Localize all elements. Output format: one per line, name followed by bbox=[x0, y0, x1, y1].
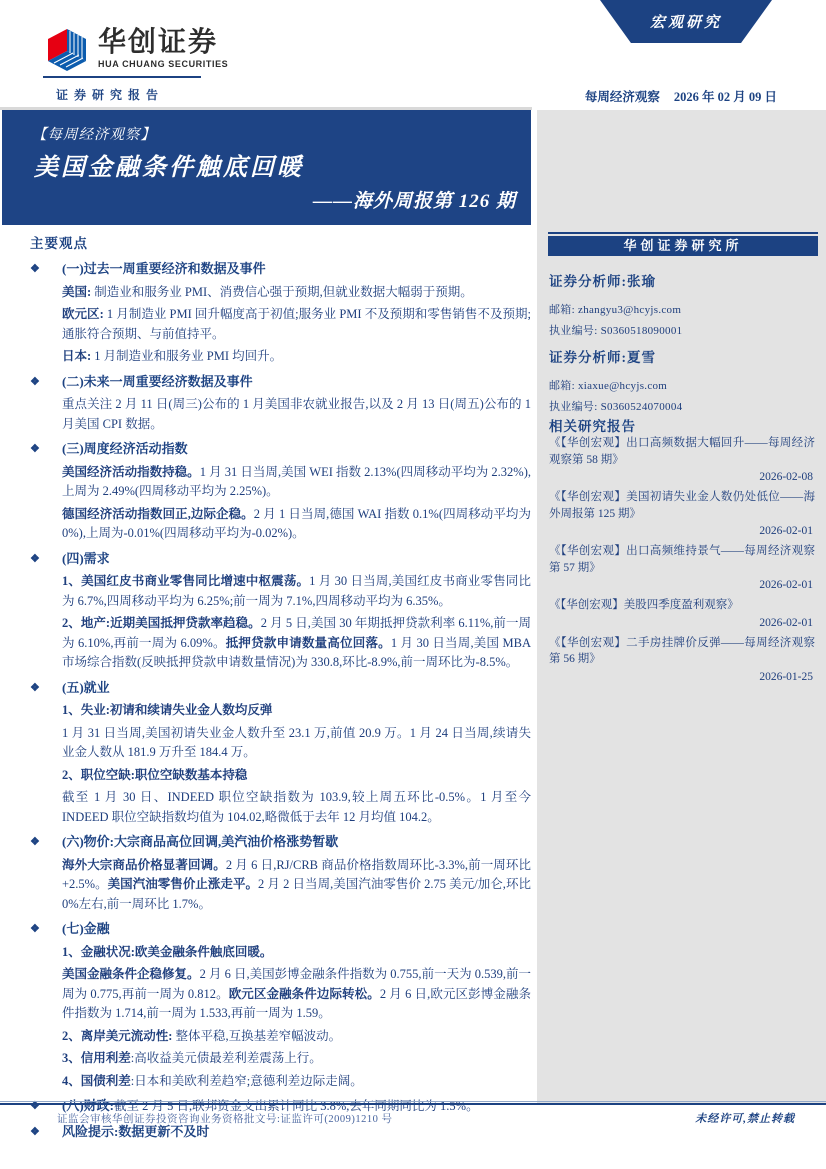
bold-run: (四)需求 bbox=[62, 551, 110, 566]
section-paragraph: 美国: 制造业和服务业 PMI、消费信心强于预期,但就业数据大幅弱于预期。 bbox=[62, 283, 531, 303]
bold-run: 2、地产:近期美国抵押贷款率趋稳。 bbox=[62, 616, 261, 630]
text-run: :高收益美元债最差利差震荡上行。 bbox=[131, 1051, 322, 1065]
bold-run: 美国汽油零售价止涨走平。 bbox=[108, 877, 258, 891]
text-run: 1 月 31 日当周,美国初请失业金人数升至 23.1 万,前值 20.9 万。… bbox=[62, 726, 531, 760]
title-series: 【每周经济观察】 bbox=[32, 123, 156, 144]
section-text: 美国: 制造业和服务业 PMI、消费信心强于预期,但就业数据大幅弱于预期。 bbox=[62, 285, 473, 299]
report-date: 2026-02-01 bbox=[549, 525, 813, 537]
diamond-bullet-icon: ❖ bbox=[30, 372, 62, 393]
sidebar: 华创证券研究所 证券分析师:张瑜邮箱: zhangyu3@hcyjs.com执业… bbox=[537, 110, 826, 1103]
section-paragraph: 1、美国红皮书商业零售同比增速中枢震荡。1 月 30 日当周,美国红皮书商业零售… bbox=[62, 572, 531, 611]
bold-run: (五)就业 bbox=[62, 680, 110, 695]
bold-run: 美国: bbox=[62, 285, 91, 299]
section-text: (五)就业 bbox=[62, 678, 531, 699]
main-sections: ❖(一)过去一周重要经济和数据及事件美国: 制造业和服务业 PMI、消费信心强于… bbox=[30, 259, 531, 1142]
institute-title: 华创证券研究所 bbox=[548, 236, 818, 256]
section-text: (一)过去一周重要经济和数据及事件 bbox=[62, 259, 531, 280]
section-text: 截至 1 月 30 日、INDEED 职位空缺指数为 103.9,较上周五环比-… bbox=[62, 790, 531, 824]
report-title: 《【华创宏观】出口高频维持景气——每周经济观察第 57 期》 bbox=[549, 543, 815, 576]
section-paragraph: 1 月 31 日当周,美国初请失业金人数升至 23.1 万,前值 20.9 万。… bbox=[62, 724, 531, 763]
section-text: 德国经济活动指数回正,边际企稳。2 月 1 日当周,德国 WAI 指数 0.1%… bbox=[62, 507, 531, 541]
section-paragraph: 2、地产:近期美国抵押贷款率趋稳。2 月 5 日,美国 30 年期抵押贷款利率 … bbox=[62, 614, 531, 673]
section-paragraph: 截至 1 月 30 日、INDEED 职位空缺指数为 103.9,较上周五环比-… bbox=[62, 788, 531, 827]
section-heading: ❖(七)金融 bbox=[30, 919, 531, 940]
bold-run: (二)未来一周重要经济数据及事件 bbox=[62, 374, 253, 389]
section-text: 日本: 1 月制造业和服务业 PMI 均回升。 bbox=[62, 349, 282, 363]
section-text: 2、离岸美元流动性: 整体平稳,互换基差窄幅波动。 bbox=[62, 1029, 341, 1043]
bold-run: 抵押贷款申请数量高位回落。 bbox=[226, 636, 391, 650]
text-run: 截至 1 月 30 日、INDEED 职位空缺指数为 103.9,较上周五环比-… bbox=[62, 790, 531, 824]
section-heading: ❖(四)需求 bbox=[30, 549, 531, 570]
bold-run: (六)物价:大宗商品高位回调,美汽油价格涨势暂歇 bbox=[62, 834, 338, 849]
section-text: 1、失业:初请和续请失业金人数均反弹 bbox=[62, 703, 272, 717]
section-text: 1 月 31 日当周,美国初请失业金人数升至 23.1 万,前值 20.9 万。… bbox=[62, 726, 531, 760]
related-reports-list: 《【华创宏观】出口高频数据大幅回升——每周经济观察第 58 期》2026-02-… bbox=[549, 435, 815, 689]
report-date: 2026-02-01 bbox=[549, 579, 813, 591]
report-title: 《【华创宏观】美股四季度盈利观察》 bbox=[549, 597, 815, 614]
section-paragraph: 重点关注 2 月 11 日(周三)公布的 1 月美国非农就业报告,以及 2 月 … bbox=[62, 395, 531, 434]
huachuang-logo-icon bbox=[44, 27, 90, 77]
main-content: 主要观点 ❖(一)过去一周重要经济和数据及事件美国: 制造业和服务业 PMI、消… bbox=[30, 232, 531, 1142]
bold-run: (一)过去一周重要经济和数据及事件 bbox=[62, 261, 266, 276]
brand-logo: 华创证券 HUA CHUANG SECURITIES bbox=[44, 27, 228, 77]
brand-name-cn: 华创证券 bbox=[98, 27, 228, 57]
bold-run: 欧元区: bbox=[62, 307, 104, 321]
report-item: 《【华创宏观】二手房挂牌价反弹——每周经济观察第 56 期》2026-01-25 bbox=[549, 635, 815, 683]
section-text: 美国金融条件企稳修复。2 月 6 日,美国彭博金融条件指数为 0.755,前一天… bbox=[62, 967, 531, 1020]
bold-run: 德国经济活动指数回正,边际企稳。 bbox=[62, 507, 254, 521]
report-date: 2026-02-01 bbox=[549, 617, 813, 629]
analysts: 证券分析师:张瑜邮箱: zhangyu3@hcyjs.com执业编号: S036… bbox=[549, 270, 817, 419]
section-text: (二)未来一周重要经济数据及事件 bbox=[62, 372, 531, 393]
analyst-name: 证券分析师:夏雪 bbox=[549, 346, 817, 366]
section-text: 3、信用利差:高收益美元债最差利差震荡上行。 bbox=[62, 1051, 322, 1065]
report-item: 《【华创宏观】出口高频数据大幅回升——每周经济观察第 58 期》2026-02-… bbox=[549, 435, 815, 483]
section-paragraph: 德国经济活动指数回正,边际企稳。2 月 1 日当周,德国 WAI 指数 0.1%… bbox=[62, 505, 531, 544]
section-heading: ❖(六)物价:大宗商品高位回调,美汽油价格涨势暂歇 bbox=[30, 832, 531, 853]
section-text: 重点关注 2 月 11 日(周三)公布的 1 月美国非农就业报告,以及 2 月 … bbox=[62, 397, 531, 431]
diamond-bullet-icon: ❖ bbox=[30, 259, 62, 280]
section-paragraph: 美国金融条件企稳修复。2 月 6 日,美国彭博金融条件指数为 0.755,前一天… bbox=[62, 965, 531, 1024]
bold-run: 日本: bbox=[62, 349, 91, 363]
bold-run: 4、国债利差 bbox=[62, 1074, 131, 1088]
bold-run: 欧元区金融条件边际转松。 bbox=[229, 987, 380, 1001]
report-title: 《【华创宏观】二手房挂牌价反弹——每周经济观察第 56 期》 bbox=[549, 635, 815, 668]
analyst-license: 执业编号: S0360524070004 bbox=[549, 398, 817, 414]
footer-divider bbox=[0, 1101, 826, 1105]
text-run: 1 月制造业 PMI 回升幅度高于初值;服务业 PMI 不及预期和零售销售不及预… bbox=[62, 307, 531, 341]
section-paragraph: 3、信用利差:高收益美元债最差利差震荡上行。 bbox=[62, 1049, 531, 1069]
section-text: 欧元区: 1 月制造业 PMI 回升幅度高于初值;服务业 PMI 不及预期和零售… bbox=[62, 307, 531, 341]
report-date: 2026 年 02 月 09 日 bbox=[674, 90, 777, 104]
section-text: 1、美国红皮书商业零售同比增速中枢震荡。1 月 30 日当周,美国红皮书商业零售… bbox=[62, 574, 531, 608]
report-title: 《【华创宏观】出口高频数据大幅回升——每周经济观察第 58 期》 bbox=[549, 435, 815, 468]
section-paragraph: 欧元区: 1 月制造业 PMI 回升幅度高于初值;服务业 PMI 不及预期和零售… bbox=[62, 305, 531, 344]
section-paragraph: 2、离岸美元流动性: 整体平稳,互换基差窄幅波动。 bbox=[62, 1027, 531, 1047]
report-date: 2026-02-08 bbox=[549, 471, 813, 483]
diamond-bullet-icon: ❖ bbox=[30, 439, 62, 460]
diamond-bullet-icon: ❖ bbox=[30, 832, 62, 853]
section-paragraph: 1、金融状况:欧美金融条件触底回暖。 bbox=[62, 943, 531, 963]
footer-license-text: 证监会审核华创证券投资咨询业务资格批文号:证监许可(2009)1210 号 bbox=[57, 1111, 393, 1126]
bold-run: (七)金融 bbox=[62, 921, 110, 936]
analyst-license: 执业编号: S0360518090001 bbox=[549, 322, 817, 338]
diamond-bullet-icon: ❖ bbox=[30, 919, 62, 940]
diamond-bullet-icon: ❖ bbox=[30, 549, 62, 570]
text-run: :日本和美欧利差趋窄;意德利差边际走阔。 bbox=[131, 1074, 363, 1088]
section-heading: ❖(二)未来一周重要经济数据及事件 bbox=[30, 372, 531, 393]
series-date-line: 每周经济观察2026 年 02 月 09 日 bbox=[585, 87, 777, 105]
bold-run: 2、离岸美元流动性: bbox=[62, 1029, 172, 1043]
title-box: 【每周经济观察】 美国金融条件触底回暖 ——海外周报第 126 期 bbox=[2, 110, 531, 225]
analyst-card: 证券分析师:夏雪邮箱: xiaxue@hcyjs.com执业编号: S03605… bbox=[549, 346, 817, 414]
series-label: 每周经济观察 bbox=[585, 90, 660, 104]
section-heading: ❖(五)就业 bbox=[30, 678, 531, 699]
bold-run: 1、失业:初请和续请失业金人数均反弹 bbox=[62, 703, 272, 717]
bold-run: (三)周度经济活动指数 bbox=[62, 441, 188, 456]
report-type-label: 证券研究报告 bbox=[56, 86, 164, 103]
brand-underline bbox=[43, 76, 201, 78]
bold-run: 1、美国红皮书商业零售同比增速中枢震荡。 bbox=[62, 574, 309, 588]
section-text: 海外大宗商品价格显著回调。2 月 6 日,RJ/CRB 商品价格指数周环比-3.… bbox=[62, 858, 531, 911]
section-paragraph: 海外大宗商品价格显著回调。2 月 6 日,RJ/CRB 商品价格指数周环比-3.… bbox=[62, 856, 531, 915]
analyst-email: 邮箱: xiaxue@hcyjs.com bbox=[549, 377, 817, 393]
report-title: 《【华创宏观】美国初请失业金人数仍处低位——海外周报第 125 期》 bbox=[549, 489, 815, 522]
section-paragraph: 日本: 1 月制造业和服务业 PMI 均回升。 bbox=[62, 347, 531, 367]
section-text: 1、金融状况:欧美金融条件触底回暖。 bbox=[62, 945, 272, 959]
section-text: 4、国债利差:日本和美欧利差趋窄;意德利差边际走阔。 bbox=[62, 1074, 363, 1088]
brand-name-en: HUA CHUANG SECURITIES bbox=[98, 59, 228, 69]
section-paragraph: 2、职位空缺:职位空缺数基本持稳 bbox=[62, 766, 531, 786]
section-text: 美国经济活动指数持稳。1 月 31 日当周,美国 WEI 指数 2.13%(四周… bbox=[62, 465, 531, 499]
category-badge: 宏观研究 bbox=[600, 0, 772, 43]
report-date: 2026-01-25 bbox=[549, 671, 813, 683]
related-reports-heading: 相关研究报告 bbox=[549, 415, 636, 435]
section-text: (六)物价:大宗商品高位回调,美汽油价格涨势暂歇 bbox=[62, 832, 531, 853]
bold-run: 美国经济活动指数持稳。 bbox=[62, 465, 200, 479]
analyst-card: 证券分析师:张瑜邮箱: zhangyu3@hcyjs.com执业编号: S036… bbox=[549, 270, 817, 338]
text-run: 1 月制造业和服务业 PMI 均回升。 bbox=[91, 349, 282, 363]
page-title: 美国金融条件触底回暖 bbox=[34, 147, 304, 182]
section-heading: ❖(一)过去一周重要经济和数据及事件 bbox=[30, 259, 531, 280]
section-paragraph: 美国经济活动指数持稳。1 月 31 日当周,美国 WEI 指数 2.13%(四周… bbox=[62, 463, 531, 502]
text-run: 重点关注 2 月 11 日(周三)公布的 1 月美国非农就业报告,以及 2 月 … bbox=[62, 397, 531, 431]
section-text: (七)金融 bbox=[62, 919, 531, 940]
diamond-bullet-icon: ❖ bbox=[30, 678, 62, 699]
section-text: (三)周度经济活动指数 bbox=[62, 439, 531, 460]
bold-run: 海外大宗商品价格显著回调。 bbox=[62, 858, 226, 872]
section-text: (四)需求 bbox=[62, 549, 531, 570]
key-points-heading: 主要观点 bbox=[30, 232, 531, 252]
bold-run: 美国金融条件企稳修复。 bbox=[62, 967, 200, 981]
bold-run: 2、职位空缺:职位空缺数基本持稳 bbox=[62, 768, 247, 782]
report-item: 《【华创宏观】出口高频维持景气——每周经济观察第 57 期》2026-02-01 bbox=[549, 543, 815, 591]
text-run: 制造业和服务业 PMI、消费信心强于预期,但就业数据大幅弱于预期。 bbox=[91, 285, 473, 299]
analyst-name: 证券分析师:张瑜 bbox=[549, 270, 817, 290]
report-item: 《【华创宏观】美股四季度盈利观察》2026-02-01 bbox=[549, 597, 815, 629]
institute-header: 华创证券研究所 bbox=[548, 232, 818, 256]
footer-copyright-text: 未经许可,禁止转载 bbox=[695, 1110, 795, 1126]
bold-run: 3、信用利差 bbox=[62, 1051, 131, 1065]
section-paragraph: 4、国债利差:日本和美欧利差趋窄;意德利差边际走阔。 bbox=[62, 1072, 531, 1092]
page-subtitle: ——海外周报第 126 期 bbox=[313, 186, 516, 213]
report-item: 《【华创宏观】美国初请失业金人数仍处低位——海外周报第 125 期》2026-0… bbox=[549, 489, 815, 537]
report-page: 华创证券 HUA CHUANG SECURITIES 证券研究报告 宏观研究 每… bbox=[0, 0, 826, 1169]
analyst-email: 邮箱: zhangyu3@hcyjs.com bbox=[549, 301, 817, 317]
section-heading: ❖(三)周度经济活动指数 bbox=[30, 439, 531, 460]
bold-run: 1、金融状况:欧美金融条件触底回暖。 bbox=[62, 945, 272, 959]
section-text: 2、地产:近期美国抵押贷款率趋稳。2 月 5 日,美国 30 年期抵押贷款利率 … bbox=[62, 616, 531, 669]
section-paragraph: 1、失业:初请和续请失业金人数均反弹 bbox=[62, 701, 531, 721]
section-text: 2、职位空缺:职位空缺数基本持稳 bbox=[62, 768, 247, 782]
text-run: 整体平稳,互换基差窄幅波动。 bbox=[172, 1029, 341, 1043]
